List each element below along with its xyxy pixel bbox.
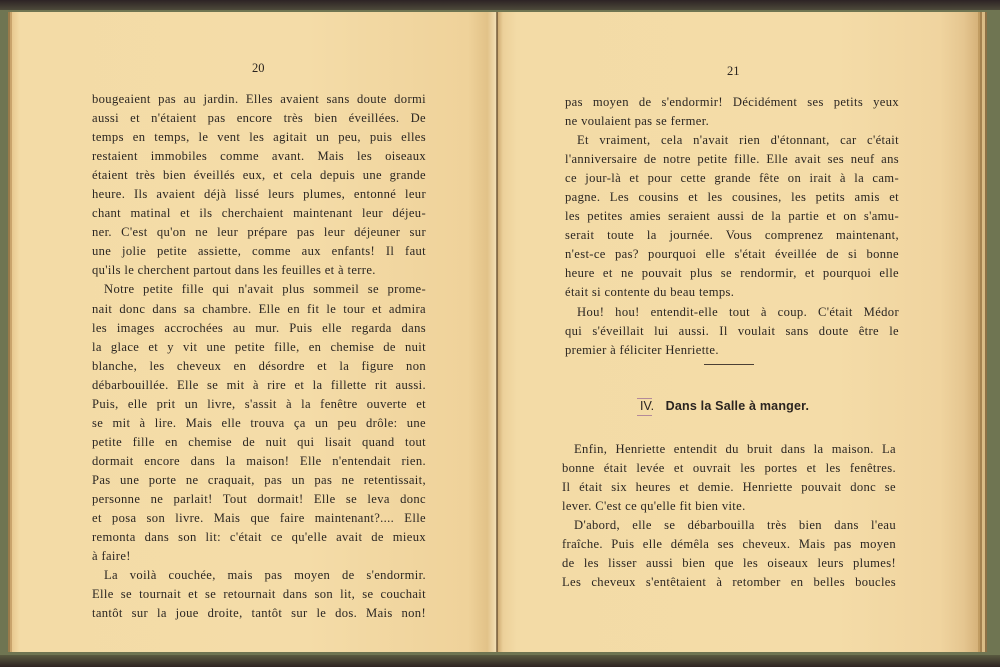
text-line: lever. C'est ce qu'elle fit bien vite. <box>562 497 896 516</box>
text-line: à faire! <box>92 547 426 566</box>
paragraph-start-line: La voilà couchée, mais pas moyen de s'en… <box>92 566 426 585</box>
text-line: ner. C'est qu'on ne leur prépare pas leu… <box>92 223 426 242</box>
text-line: Puis, elle prit un livre, s'assit à la f… <box>92 395 426 414</box>
text-line: Il était six heures et demie. Henriette … <box>562 478 896 497</box>
text-line: pagne. Les cousins et les cousines, les … <box>565 188 899 207</box>
text-line: personne ne parlait! Tout dormait! Elle … <box>92 490 426 509</box>
book-spine <box>496 12 498 652</box>
text-line: n'est-ce pas? pourquoi elle s'était évei… <box>565 245 899 264</box>
chapter-heading: IV. Dans la Salle à manger. <box>640 399 809 413</box>
text-line: débarbouillée. Elle se mit à rire et la … <box>92 376 426 395</box>
text-line: était si contente du beau temps. <box>565 283 899 302</box>
text-line: pas moyen de s'endormir! Décidément ses … <box>565 93 899 112</box>
cover-top-edge <box>0 0 1000 10</box>
text-line: tantôt sur la joue droite, tantôt sur le… <box>92 604 426 623</box>
cover-bottom-edge <box>0 655 1000 667</box>
text-line: se mit à lire. Mais elle trouva ça un pe… <box>92 414 426 433</box>
text-line: et posa son livre. Mais que faire mainte… <box>92 509 426 528</box>
text-line: de les lisser aussi bien que les oiseaux… <box>562 554 896 573</box>
paragraph-start-line: Hou! hou! entendit-elle tout à coup. C'é… <box>565 303 899 322</box>
text-line: dormait encore dans la maison! Elle n'en… <box>92 452 426 471</box>
text-line: étaient très bien éveillés eux, et cela … <box>92 166 426 185</box>
right-page-text-top: pas moyen de s'endormir! Décidément ses … <box>565 93 899 360</box>
text-line: blanche, les cheveux en désordre et la f… <box>92 357 426 376</box>
text-line: chant matinal et ils cherchaient mainten… <box>92 204 426 223</box>
text-line: qui s'éveillait lui aussi. Il voulait sa… <box>565 322 899 341</box>
text-line: une jolie petite assiette, comme aux enf… <box>92 242 426 261</box>
text-line: petite fille en chemise de nuit qui lisa… <box>92 433 426 452</box>
text-line: heure et ne pouvait plus se rendormir, e… <box>565 264 899 283</box>
text-line: serait toute la journée. Vous comprenez … <box>565 226 899 245</box>
paragraph-start-line: D'abord, elle se débarbouilla très bien … <box>562 516 896 535</box>
text-line: Elle se tournait et se retournait dans s… <box>92 585 426 604</box>
text-line: nait donc dans sa chambre. Elle en fit l… <box>92 300 426 319</box>
text-line: qu'ils le cherchent partout dans les feu… <box>92 261 426 280</box>
text-line: bougeaient pas au jardin. Elles avaient … <box>92 90 426 109</box>
text-line: temps en temps, le vent les agitait un p… <box>92 128 426 147</box>
text-line: fraîche. Puis elle démêla ses cheveux. M… <box>562 535 896 554</box>
text-line: l'anniversaire de notre petite fille. El… <box>565 150 899 169</box>
text-line: ne voulaient pas se fermer. <box>565 112 899 131</box>
left-page-text: bougeaient pas au jardin. Elles avaient … <box>92 90 426 623</box>
paragraph-start-line: Enfin, Henriette entendit du bruit dans … <box>562 440 896 459</box>
text-line: aussi et n'étaient pas encore très bien … <box>92 109 426 128</box>
text-line: restaient immobiles comme avant. Mais le… <box>92 147 426 166</box>
text-line: Les cheveux s'entêtaient à retomber en b… <box>562 573 896 592</box>
paragraph-start-line: Notre petite fille qui n'avait plus somm… <box>92 280 426 299</box>
text-line: premier à féliciter Henriette. <box>565 341 899 360</box>
text-line: bonne était levée et ouvrait les portes … <box>562 459 896 478</box>
chapter-number: IV. <box>640 399 654 413</box>
chapter-title: Dans la Salle à manger. <box>666 399 810 413</box>
paragraph-start-line: Et vraiment, cela n'avait rien d'étonnan… <box>565 131 899 150</box>
text-line: les petites amies seraient aussi de la p… <box>565 207 899 226</box>
left-page-number: 20 <box>252 61 265 76</box>
text-line: la glace et y vit une petite fille, en c… <box>92 338 426 357</box>
text-line: remonta dans son lit: c'était ce qu'elle… <box>92 528 426 547</box>
text-line: heure. Ils avaient déjà lissé leurs plum… <box>92 185 426 204</box>
text-line: Pas une porte ne craquait, pas un pas ne… <box>92 471 426 490</box>
section-divider <box>704 364 754 365</box>
text-line: les images accrochées au mur. Puis elle … <box>92 319 426 338</box>
right-page-number: 21 <box>727 64 740 79</box>
right-page-text-bottom: Enfin, Henriette entendit du bruit dans … <box>562 440 896 592</box>
text-line: ce jour-là et pour cette grande fête on … <box>565 169 899 188</box>
